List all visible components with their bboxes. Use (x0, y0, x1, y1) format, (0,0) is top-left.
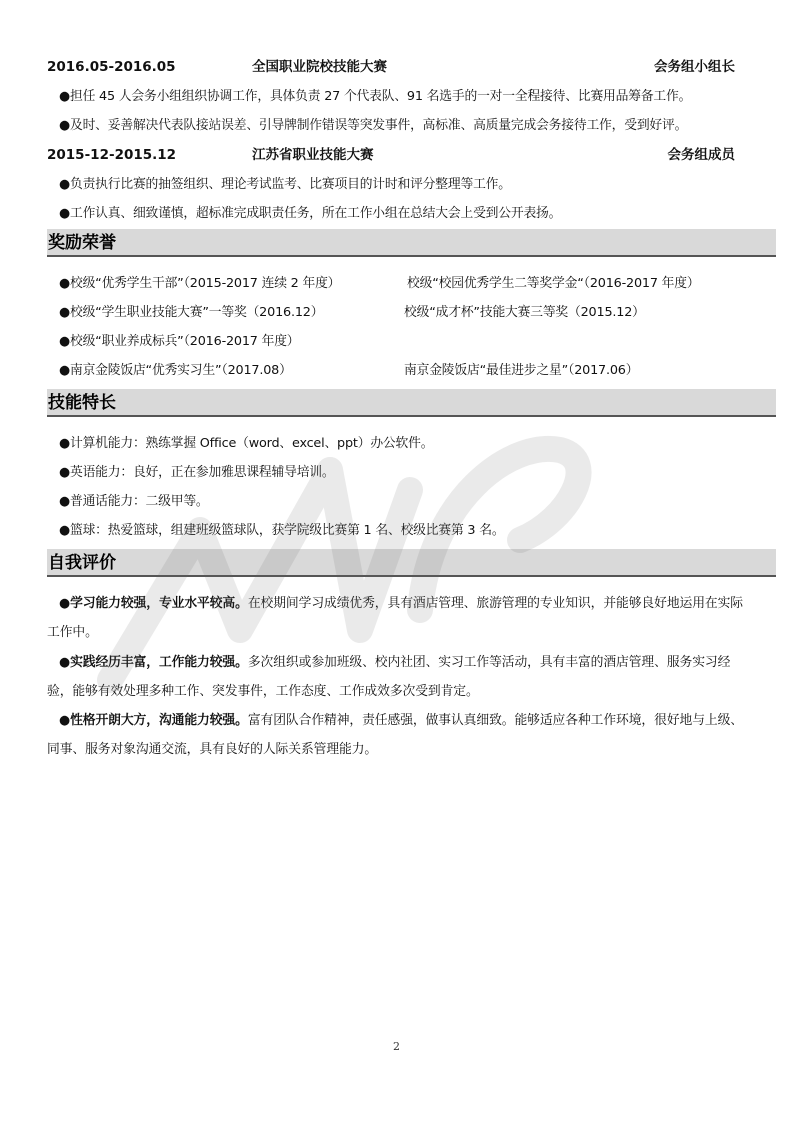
self-eval-paragraph: ●学习能力较强，专业水平较高。在校期间学习成绩优秀，具有酒店管理、旅游管理的专业… (47, 589, 747, 647)
experience-org: 全国职业院校技能大赛 (252, 57, 387, 77)
experience-org: 江苏省职业技能大赛 (252, 145, 374, 165)
experience-bullet: ●工作认真、细致谨慎，超标准完成职责任务，所在工作小组在总结大会上受到公开表扬。 (59, 205, 561, 223)
skill-item: ●英语能力：良好，正在参加雅思课程辅导培训。 (59, 464, 335, 482)
award-item: ●南京金陵饭店“优秀实习生”（2017.08） (59, 362, 292, 380)
award-item: ●校级“学生职业技能大赛”一等奖（2016.12） (59, 304, 323, 322)
experience-header: 2015-12-2015.12 江苏省职业技能大赛 会务组成员 (47, 145, 777, 165)
page-number: 2 (393, 1040, 400, 1053)
section-header-awards: 奖励荣誉 (47, 229, 776, 257)
award-item: 南京金陵饭店“最佳进步之星”（2017.06） (404, 362, 638, 380)
section-header-self-eval: 自我评价 (47, 549, 776, 577)
section-title: 奖励荣誉 (48, 231, 116, 255)
experience-date: 2015-12-2015.12 (47, 145, 176, 165)
self-eval-lead: ●性格开朗大方，沟通能力较强。 (59, 713, 248, 728)
experience-role: 会务组小组长 (654, 57, 735, 77)
section-title: 自我评价 (48, 551, 116, 575)
award-item: 校级“成才杯”技能大赛三等奖（2015.12） (404, 304, 645, 322)
self-eval-lead: ●实践经历丰富，工作能力较强。 (59, 655, 248, 670)
skill-item: ●普通话能力：二级甲等。 (59, 493, 209, 511)
experience-bullet: ●负责执行比赛的抽签组织、理论考试监考、比赛项目的计时和评分整理等工作。 (59, 176, 511, 194)
section-header-skills: 技能特长 (47, 389, 776, 417)
experience-bullet: ●及时、妥善解决代表队接站误差、引导牌制作错误等突发事件，高标准、高质量完成会务… (59, 117, 687, 135)
skill-item: ●计算机能力：熟练掌握 Office（word、excel、ppt）办公软件。 (59, 435, 433, 453)
skill-item: ●篮球：热爱篮球，组建班级篮球队，获学院级比赛第 1 名、校级比赛第 3 名。 (59, 522, 504, 540)
experience-role: 会务组成员 (668, 145, 736, 165)
award-item: 校级“校园优秀学生二等奖学金“（2016-2017 年度） (407, 275, 699, 293)
self-eval-paragraph: ●性格开朗大方，沟通能力较强。富有团队合作精神，责任感强，做事认真细致。能够适应… (47, 706, 747, 764)
experience-date: 2016.05-2016.05 (47, 57, 176, 77)
experience-bullet: ●担任 45 人会务小组组织协调工作，具体负责 27 个代表队、91 名选手的一… (59, 88, 691, 106)
experience-header: 2016.05-2016.05 全国职业院校技能大赛 会务组小组长 (47, 57, 777, 77)
award-item: ●校级“优秀学生干部”（2015-2017 连续 2 年度） (59, 275, 340, 293)
self-eval-lead: ●学习能力较强，专业水平较高。 (59, 596, 248, 611)
award-item: ●校级“职业养成标兵”（2016-2017 年度） (59, 333, 299, 351)
section-title: 技能特长 (48, 391, 116, 415)
self-eval-paragraph: ●实践经历丰富，工作能力较强。多次组织或参加班级、校内社团、实习工作等活动，具有… (47, 648, 747, 706)
